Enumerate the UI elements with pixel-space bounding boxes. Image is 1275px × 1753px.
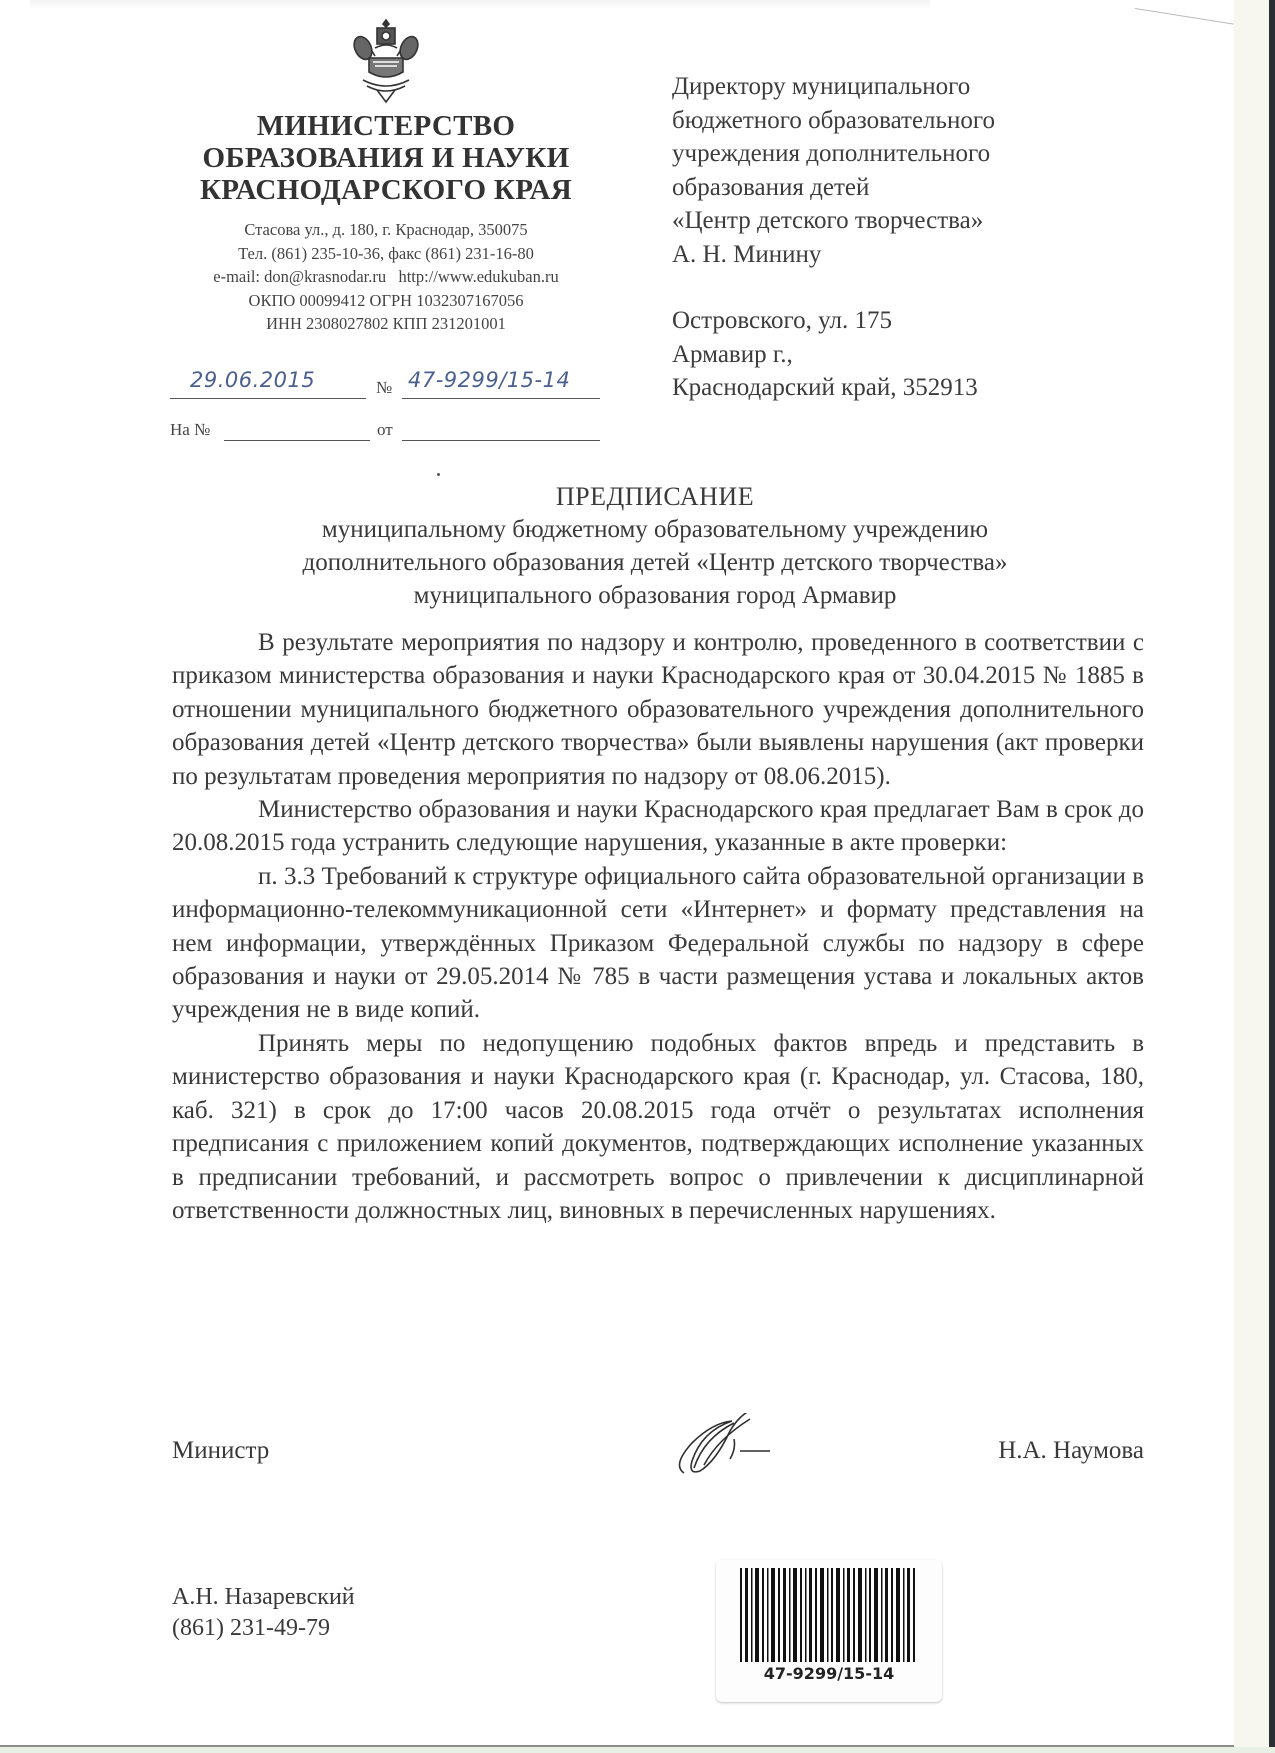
document-body: В результате мероприятия по надзору и ко… bbox=[172, 626, 1144, 1227]
registration-number-label: № bbox=[376, 378, 392, 398]
ministry-name-line: КРАСНОДАРСКОГО КРАЯ bbox=[160, 174, 612, 206]
letterhead: МИНИСТЕРСТВО ОБРАЗОВАНИЯ И НАУКИ КРАСНОД… bbox=[160, 18, 612, 336]
signatory-position: Министр bbox=[172, 1437, 269, 1465]
addressee-block: Директору муниципального бюджетного обра… bbox=[672, 70, 1092, 405]
body-paragraph-findings: В результате мероприятия по надзору и ко… bbox=[172, 626, 1144, 793]
signature-row: Министр Н.А. Наумова bbox=[172, 1427, 1144, 1487]
reference-number-field bbox=[224, 420, 370, 441]
addressee-line: Директору муниципального bbox=[672, 70, 1092, 104]
executor-name: А.Н. Назаревский bbox=[172, 1582, 355, 1613]
scan-bleed-through bbox=[30, 0, 930, 8]
body-paragraph-violation-item: п. 3.3 Требований к структуре официально… bbox=[172, 860, 1144, 1027]
registration-number: 47-9299/15-14 bbox=[408, 368, 570, 392]
addressee-line: «Центр детского творчества» bbox=[672, 204, 1092, 238]
handwritten-signature-icon bbox=[664, 1413, 794, 1483]
executor-block: А.Н. Назаревский (861) 231-49-79 bbox=[172, 1582, 355, 1644]
ministry-name: МИНИСТЕРСТВО ОБРАЗОВАНИЯ И НАУКИ КРАСНОД… bbox=[160, 110, 612, 206]
scanner-edge-right bbox=[1269, 0, 1275, 1753]
addressee-line: бюджетного образовательного bbox=[672, 104, 1092, 138]
addressee-street: Островского, ул. 175 bbox=[672, 304, 1092, 338]
krasnodar-krai-coat-of-arms-icon bbox=[351, 18, 421, 108]
ministry-name-line: МИНИСТЕРСТВО bbox=[160, 110, 612, 142]
signatory-name: Н.А. Наумова bbox=[998, 1437, 1144, 1465]
ministry-email-website: e-mail: don@krasnodar.ru http://www.eduk… bbox=[160, 265, 612, 289]
document-subtitle-line: муниципальному бюджетному образовательно… bbox=[160, 513, 1150, 546]
registration-date-field: 29.06.2015 bbox=[170, 372, 366, 399]
addressee-line: образования детей bbox=[672, 171, 1092, 205]
ministry-name-line: ОБРАЗОВАНИЯ И НАУКИ bbox=[160, 142, 612, 174]
reference-from-field bbox=[402, 420, 600, 441]
scan-speck bbox=[437, 473, 440, 476]
ministry-okpo-ogrn: ОКПО 00099412 ОГРН 1032307167056 bbox=[160, 289, 612, 313]
barcode-sticker: 47-9299/15-14 bbox=[716, 1560, 942, 1702]
barcode-icon bbox=[740, 1568, 916, 1662]
ministry-phone-fax: Тел. (861) 235-10-36, факс (861) 231-16-… bbox=[160, 242, 612, 266]
ministry-address: Стасова ул., д. 180, г. Краснодар, 35007… bbox=[160, 218, 612, 242]
registration-number-field: 47-9299/15-14 bbox=[402, 372, 600, 399]
document-subtitle-line: дополнительного образования детей «Центр… bbox=[160, 546, 1150, 579]
addressee-name: А. Н. Минину bbox=[672, 238, 1092, 272]
body-paragraph-requirement: Министерство образования и науки Краснод… bbox=[172, 793, 1144, 860]
executor-phone: (861) 231-49-79 bbox=[172, 1613, 355, 1644]
reference-number-label: На № bbox=[170, 420, 210, 440]
ministry-contact-info: Стасова ул., д. 180, г. Краснодар, 35007… bbox=[160, 218, 612, 336]
reference-line: На № от bbox=[170, 420, 600, 444]
reference-from-label: от bbox=[377, 420, 393, 440]
scanner-edge-bottom bbox=[0, 1747, 1275, 1753]
body-paragraph-measures: Принять меры по недопущению подобных фак… bbox=[172, 1027, 1144, 1227]
document-title: ПРЕДПИСАНИЕ bbox=[160, 480, 1150, 513]
addressee-region-postcode: Краснодарский край, 352913 bbox=[672, 371, 1092, 405]
addressee-line: учреждения дополнительного bbox=[672, 137, 1092, 171]
document-heading: ПРЕДПИСАНИЕ муниципальному бюджетному об… bbox=[160, 480, 1150, 612]
barcode-number: 47-9299/15-14 bbox=[716, 1664, 942, 1683]
page-corner-fold bbox=[1132, 8, 1234, 44]
document-page: МИНИСТЕРСТВО ОБРАЗОВАНИЯ И НАУКИ КРАСНОД… bbox=[0, 0, 1234, 1747]
ministry-inn-kpp: ИНН 2308027802 КПП 231201001 bbox=[160, 312, 612, 336]
addressee-city: Армавир г., bbox=[672, 338, 1092, 372]
registration-date: 29.06.2015 bbox=[190, 368, 315, 392]
registration-line: 29.06.2015 № 47-9299/15-14 bbox=[170, 372, 600, 400]
document-subtitle-line: муниципального образования город Армавир bbox=[160, 579, 1150, 612]
